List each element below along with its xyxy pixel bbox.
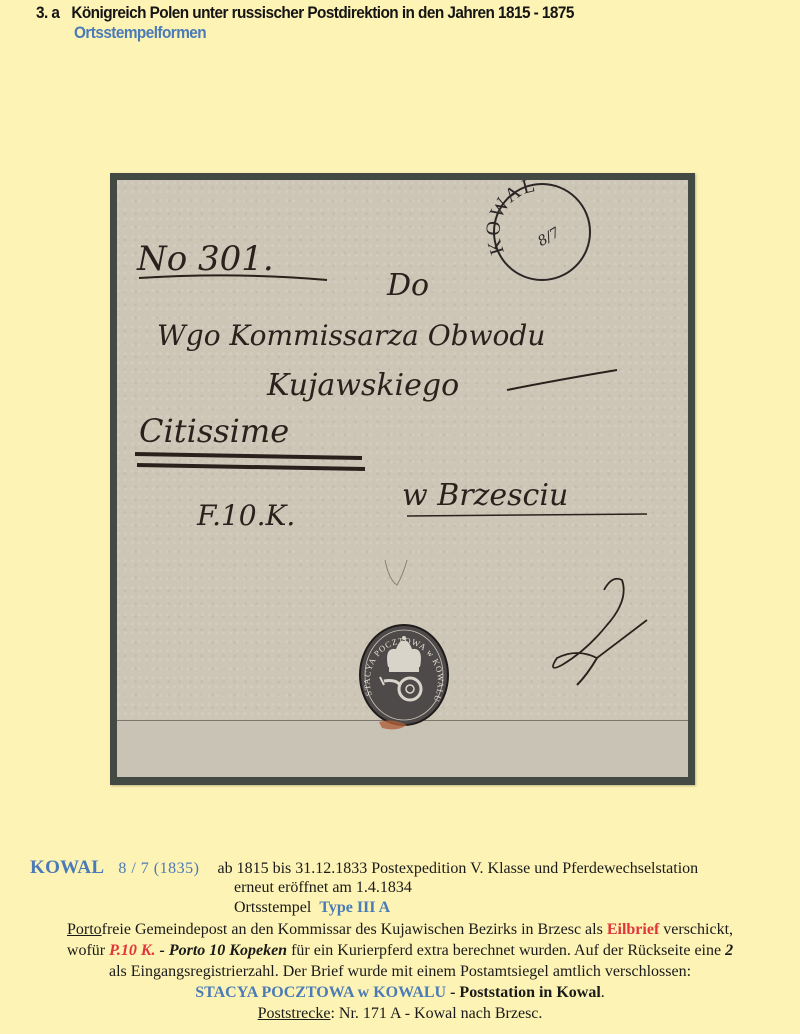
porto-underlined: Porto <box>67 921 102 938</box>
svg-text:Citissime: Citissime <box>139 412 289 450</box>
seal-name: STACYA POCZTOWA w KOWALU <box>195 984 446 1001</box>
letter-mount: No 301. Do Wgo Kommissarza Obwodu Kujaws… <box>110 173 695 785</box>
caption-row-4: Portofreie Gemeindepost an den Kommissar… <box>0 920 800 941</box>
postage-mark-highlight: P.10 K. <box>109 942 155 959</box>
eilbrief-highlight: Eilbrief <box>607 921 659 938</box>
backside-number <box>553 579 647 685</box>
caption-row-8: Poststrecke: Nr. 171 A - Kowal nach Brze… <box>0 1004 800 1025</box>
caption-history: ab 1815 bis 31.12.1833 Postexpedition V.… <box>217 860 698 877</box>
address-line-1: Wgo Kommissarza Obwodu <box>157 319 545 352</box>
postmark-date: 8 / 7 (1835) <box>118 860 199 877</box>
poststrecke-label: Poststrecke <box>258 1005 331 1022</box>
caption-row-3: Ortsstempel Type III A <box>234 898 390 919</box>
caption-row-6: als Eingangsregistrierzahl. Der Brief wu… <box>0 962 800 983</box>
title-text: Königreich Polen unter russischer Postdi… <box>71 4 573 22</box>
caption-row-2: erneut eröffnet am 1.4.1834 <box>234 878 412 899</box>
svg-text:KOWAL: KOWAL <box>482 180 539 257</box>
destination: w Brzesciu <box>402 478 647 516</box>
letter-ink-layer: No 301. Do Wgo Kommissarza Obwodu Kujaws… <box>117 180 688 777</box>
postal-seal: STACYA POCZTOWA w KOWALU <box>360 625 448 725</box>
page-header: 3. aKönigreich Polen unter russischer Po… <box>36 4 614 43</box>
place-name: KOWAL <box>30 857 104 878</box>
page-title: 3. aKönigreich Polen unter russischer Po… <box>36 4 574 23</box>
svg-text:No 301.: No 301. <box>136 239 274 279</box>
caption-row-1: KOWAL8 / 7 (1835)ab 1815 bis 31.12.1833 … <box>30 858 698 880</box>
salutation: Do <box>386 268 429 303</box>
stamp-type-label: Ortsstempel <box>234 899 311 916</box>
postage-mark: F.10.K. <box>196 499 295 532</box>
town-postmark: KOWAL 8/7 <box>482 180 590 280</box>
register-number: No 301. <box>136 239 327 280</box>
page-subtitle: Ortsstempelformen <box>74 24 576 43</box>
caption-row-5: wofür P.10 K. - Porto 10 Kopeken für ein… <box>0 941 800 962</box>
svg-text:8/7: 8/7 <box>535 225 563 250</box>
cito-mark: Citissime <box>135 412 365 469</box>
stamp-type-value: Type III A <box>319 899 390 916</box>
address-line-2: Kujawskiego <box>266 368 459 403</box>
section-number: 3. a <box>36 4 71 23</box>
caption-row-7: STACYA POCZTOWA w KOWALU - Poststation i… <box>0 983 800 1004</box>
letter-cover: No 301. Do Wgo Kommissarza Obwodu Kujaws… <box>117 180 688 777</box>
svg-text:w Brzesciu: w Brzesciu <box>402 478 568 513</box>
